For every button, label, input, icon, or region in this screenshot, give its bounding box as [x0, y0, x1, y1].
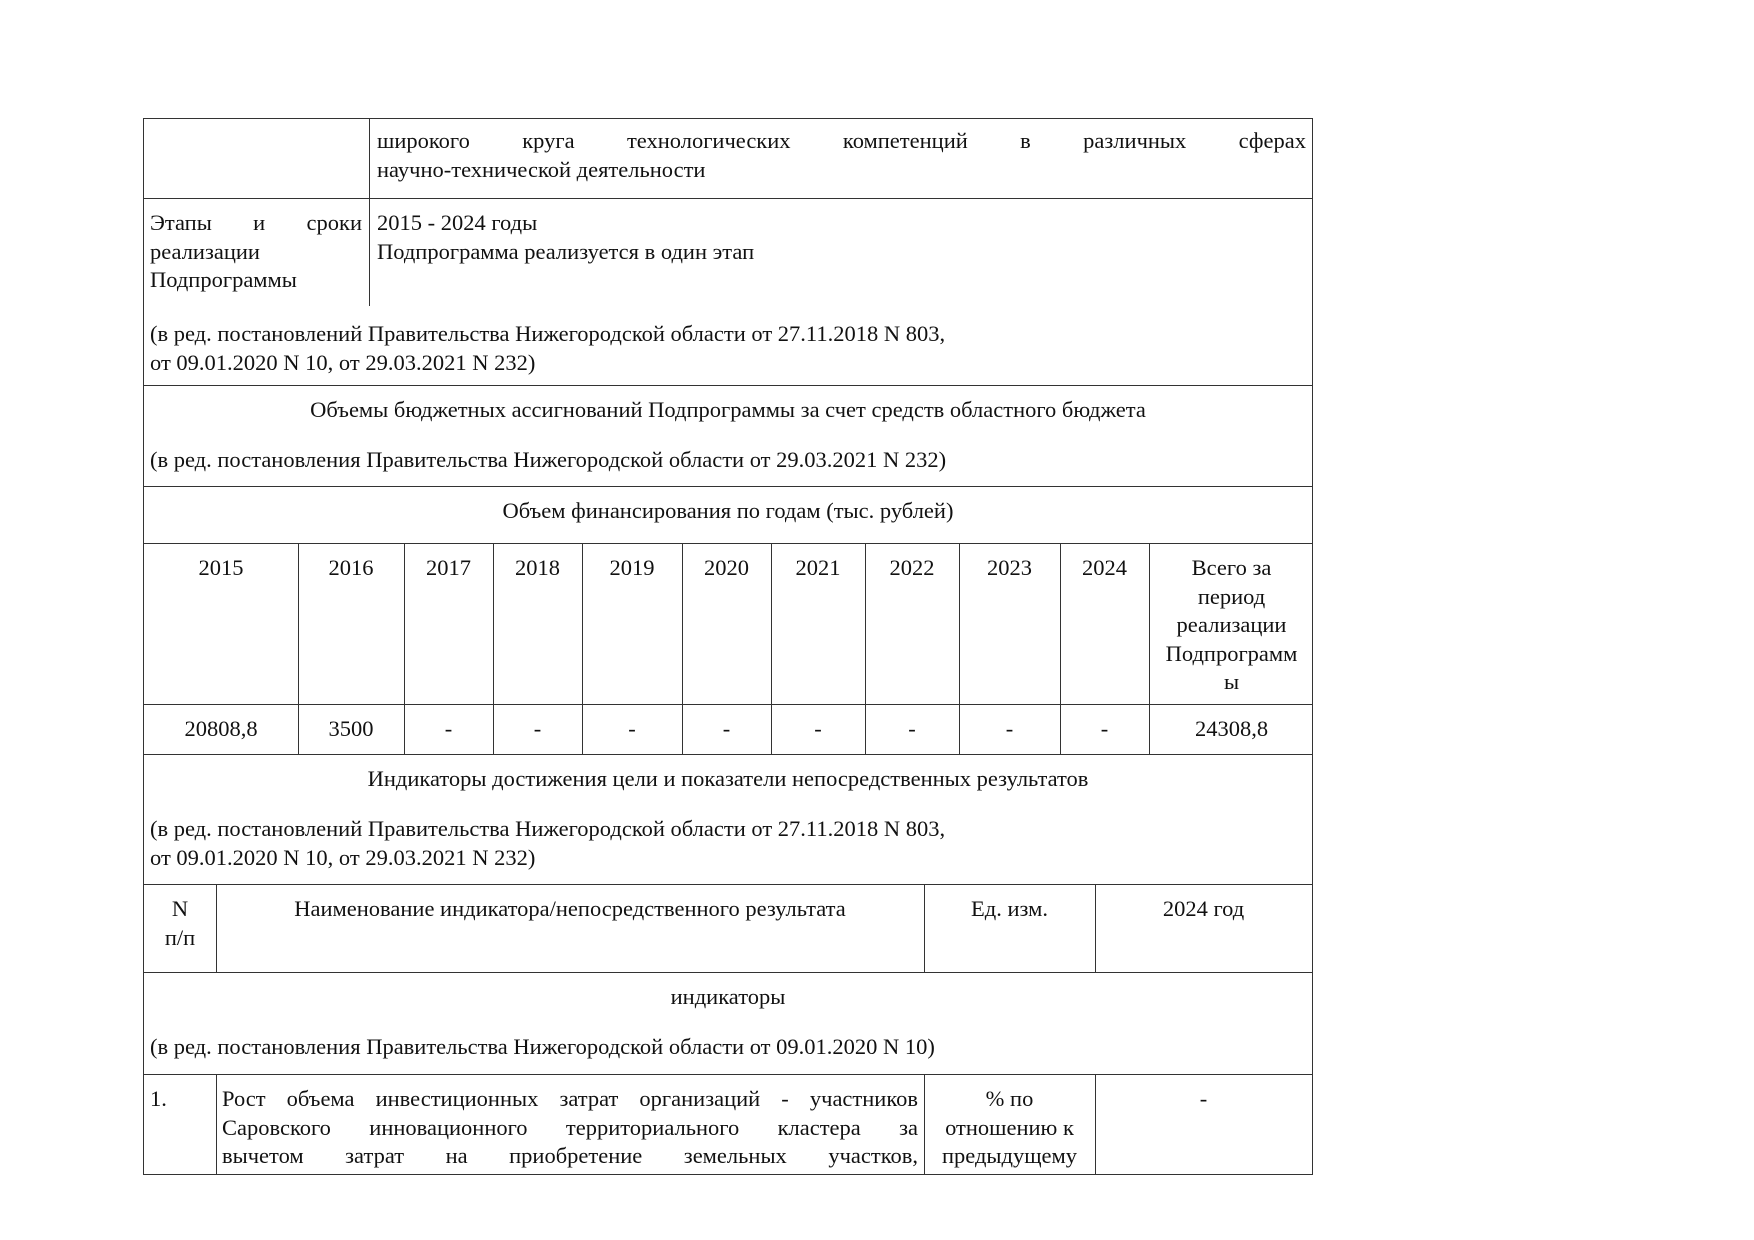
indicators-subsection-note: (в ред. постановления Правительства Ниже…: [150, 1033, 1306, 1074]
edit-note-line: (в ред. постановлений Правительства Ниже…: [150, 320, 1306, 349]
passport-table: широкого круга технологических компетенц…: [143, 118, 1313, 1175]
stages-description: Подпрограмма реализуется в один этап: [377, 238, 1306, 267]
year-value-2017: -: [404, 715, 493, 754]
indicator-number: 1.: [150, 1085, 210, 1174]
header-number-line: п/п: [144, 924, 216, 953]
year-header-2023: 2023: [959, 554, 1060, 704]
total-header: Всего запериодреализацииПодпрограммы: [1149, 554, 1314, 704]
financing-title-row: Объем финансирования по годам (тыс. рубл…: [143, 487, 1313, 544]
year-header-2024: 2024: [1060, 554, 1149, 704]
year-value-2023: -: [959, 715, 1060, 754]
year-header-2016: 2016: [298, 554, 404, 704]
year-header-2022: 2022: [865, 554, 959, 704]
stages-row: Этапы и сроки реализации Подпрограммы 20…: [143, 199, 1313, 386]
indicator-unit-line: % по: [924, 1085, 1095, 1114]
financing-header-row: 2015201620172018201920202021202220232024…: [143, 544, 1313, 705]
total-header-line: ы: [1149, 668, 1314, 697]
year-value-2021: -: [771, 715, 865, 754]
total-header-line: Подпрограмм: [1149, 640, 1314, 669]
header-year: 2024 год: [1095, 895, 1312, 972]
indicator-name-line: вычетом затрат на приобретение земельных…: [222, 1142, 918, 1171]
indicators-section-row: Индикаторы достижения цели и показатели …: [143, 755, 1313, 885]
financing-values-row: 20808,83500--------24308,8: [143, 705, 1313, 755]
budget-section-note: (в ред. постановления Правительства Ниже…: [150, 446, 1306, 486]
year-value-2018: -: [493, 715, 582, 754]
header-number-line: N: [144, 895, 216, 924]
stages-label-line: реализации: [150, 238, 362, 267]
budget-section-row: Объемы бюджетных ассигнований Подпрограм…: [143, 386, 1313, 487]
indicator-unit-line: отношению к: [924, 1114, 1095, 1143]
total-header-line: реализации: [1149, 611, 1314, 640]
year-header-2015: 2015: [144, 554, 298, 704]
indicators-subsection-row: индикаторы (в ред. постановления Правите…: [143, 973, 1313, 1075]
edit-note-line: (в ред. постановлений Правительства Ниже…: [150, 815, 1306, 844]
financing-title: Объем финансирования по годам (тыс. рубл…: [144, 497, 1312, 543]
edit-note-line: от 09.01.2020 N 10, от 29.03.2021 N 232): [150, 349, 1306, 378]
year-header-2021: 2021: [771, 554, 865, 704]
goal-continuation-row: широкого круга технологических компетенц…: [143, 118, 1313, 199]
stages-period: 2015 - 2024 годы: [377, 209, 1306, 238]
year-value-2022: -: [865, 715, 959, 754]
indicator-name-line: Саровского инновационного территориально…: [222, 1114, 918, 1143]
indicator-header-row: N п/п Наименование индикатора/непосредст…: [143, 885, 1313, 973]
indicator-unit: % по отношению к предыдущему: [924, 1085, 1095, 1174]
year-value-2020: -: [682, 715, 771, 754]
total-header-line: Всего за: [1149, 554, 1314, 583]
year-value-2016: 3500: [298, 715, 404, 754]
stages-label-line: Этапы и сроки: [150, 209, 362, 238]
goal-text-cell: широкого круга технологических компетенц…: [377, 127, 1306, 198]
goal-label-cell: [144, 119, 369, 198]
total-header-line: период: [1149, 583, 1314, 612]
goal-text-line: широкого круга технологических компетенц…: [377, 127, 1306, 156]
header-indicator-name: Наименование индикатора/непосредственног…: [216, 895, 924, 972]
stages-edit-note: (в ред. постановлений Правительства Ниже…: [150, 320, 1306, 377]
year-header-2019: 2019: [582, 554, 682, 704]
indicator-unit-line: предыдущему: [924, 1142, 1095, 1171]
year-header-2018: 2018: [493, 554, 582, 704]
document-page: широкого круга технологических компетенц…: [0, 0, 1754, 1240]
stages-label-line: Подпрограммы: [150, 266, 362, 295]
total-value: 24308,8: [1149, 715, 1314, 754]
indicator-value-2024: -: [1095, 1085, 1312, 1174]
goal-text-line: научно-технической деятельности: [377, 156, 1306, 185]
indicator-row: 1. Рост объема инвестиционных затрат орг…: [143, 1075, 1313, 1175]
indicator-name-line: Рост объема инвестиционных затрат органи…: [222, 1085, 918, 1114]
year-header-2017: 2017: [404, 554, 493, 704]
year-value-2024: -: [1060, 715, 1149, 754]
indicator-name: Рост объема инвестиционных затрат органи…: [222, 1085, 918, 1174]
year-header-2020: 2020: [682, 554, 771, 704]
indicators-section-note: (в ред. постановлений Правительства Ниже…: [150, 815, 1306, 884]
edit-note-line: от 09.01.2020 N 10, от 29.03.2021 N 232): [150, 844, 1306, 873]
header-number: N п/п: [144, 895, 216, 972]
year-value-2015: 20808,8: [144, 715, 298, 754]
year-value-2019: -: [582, 715, 682, 754]
header-unit: Ед. изм.: [924, 895, 1095, 972]
